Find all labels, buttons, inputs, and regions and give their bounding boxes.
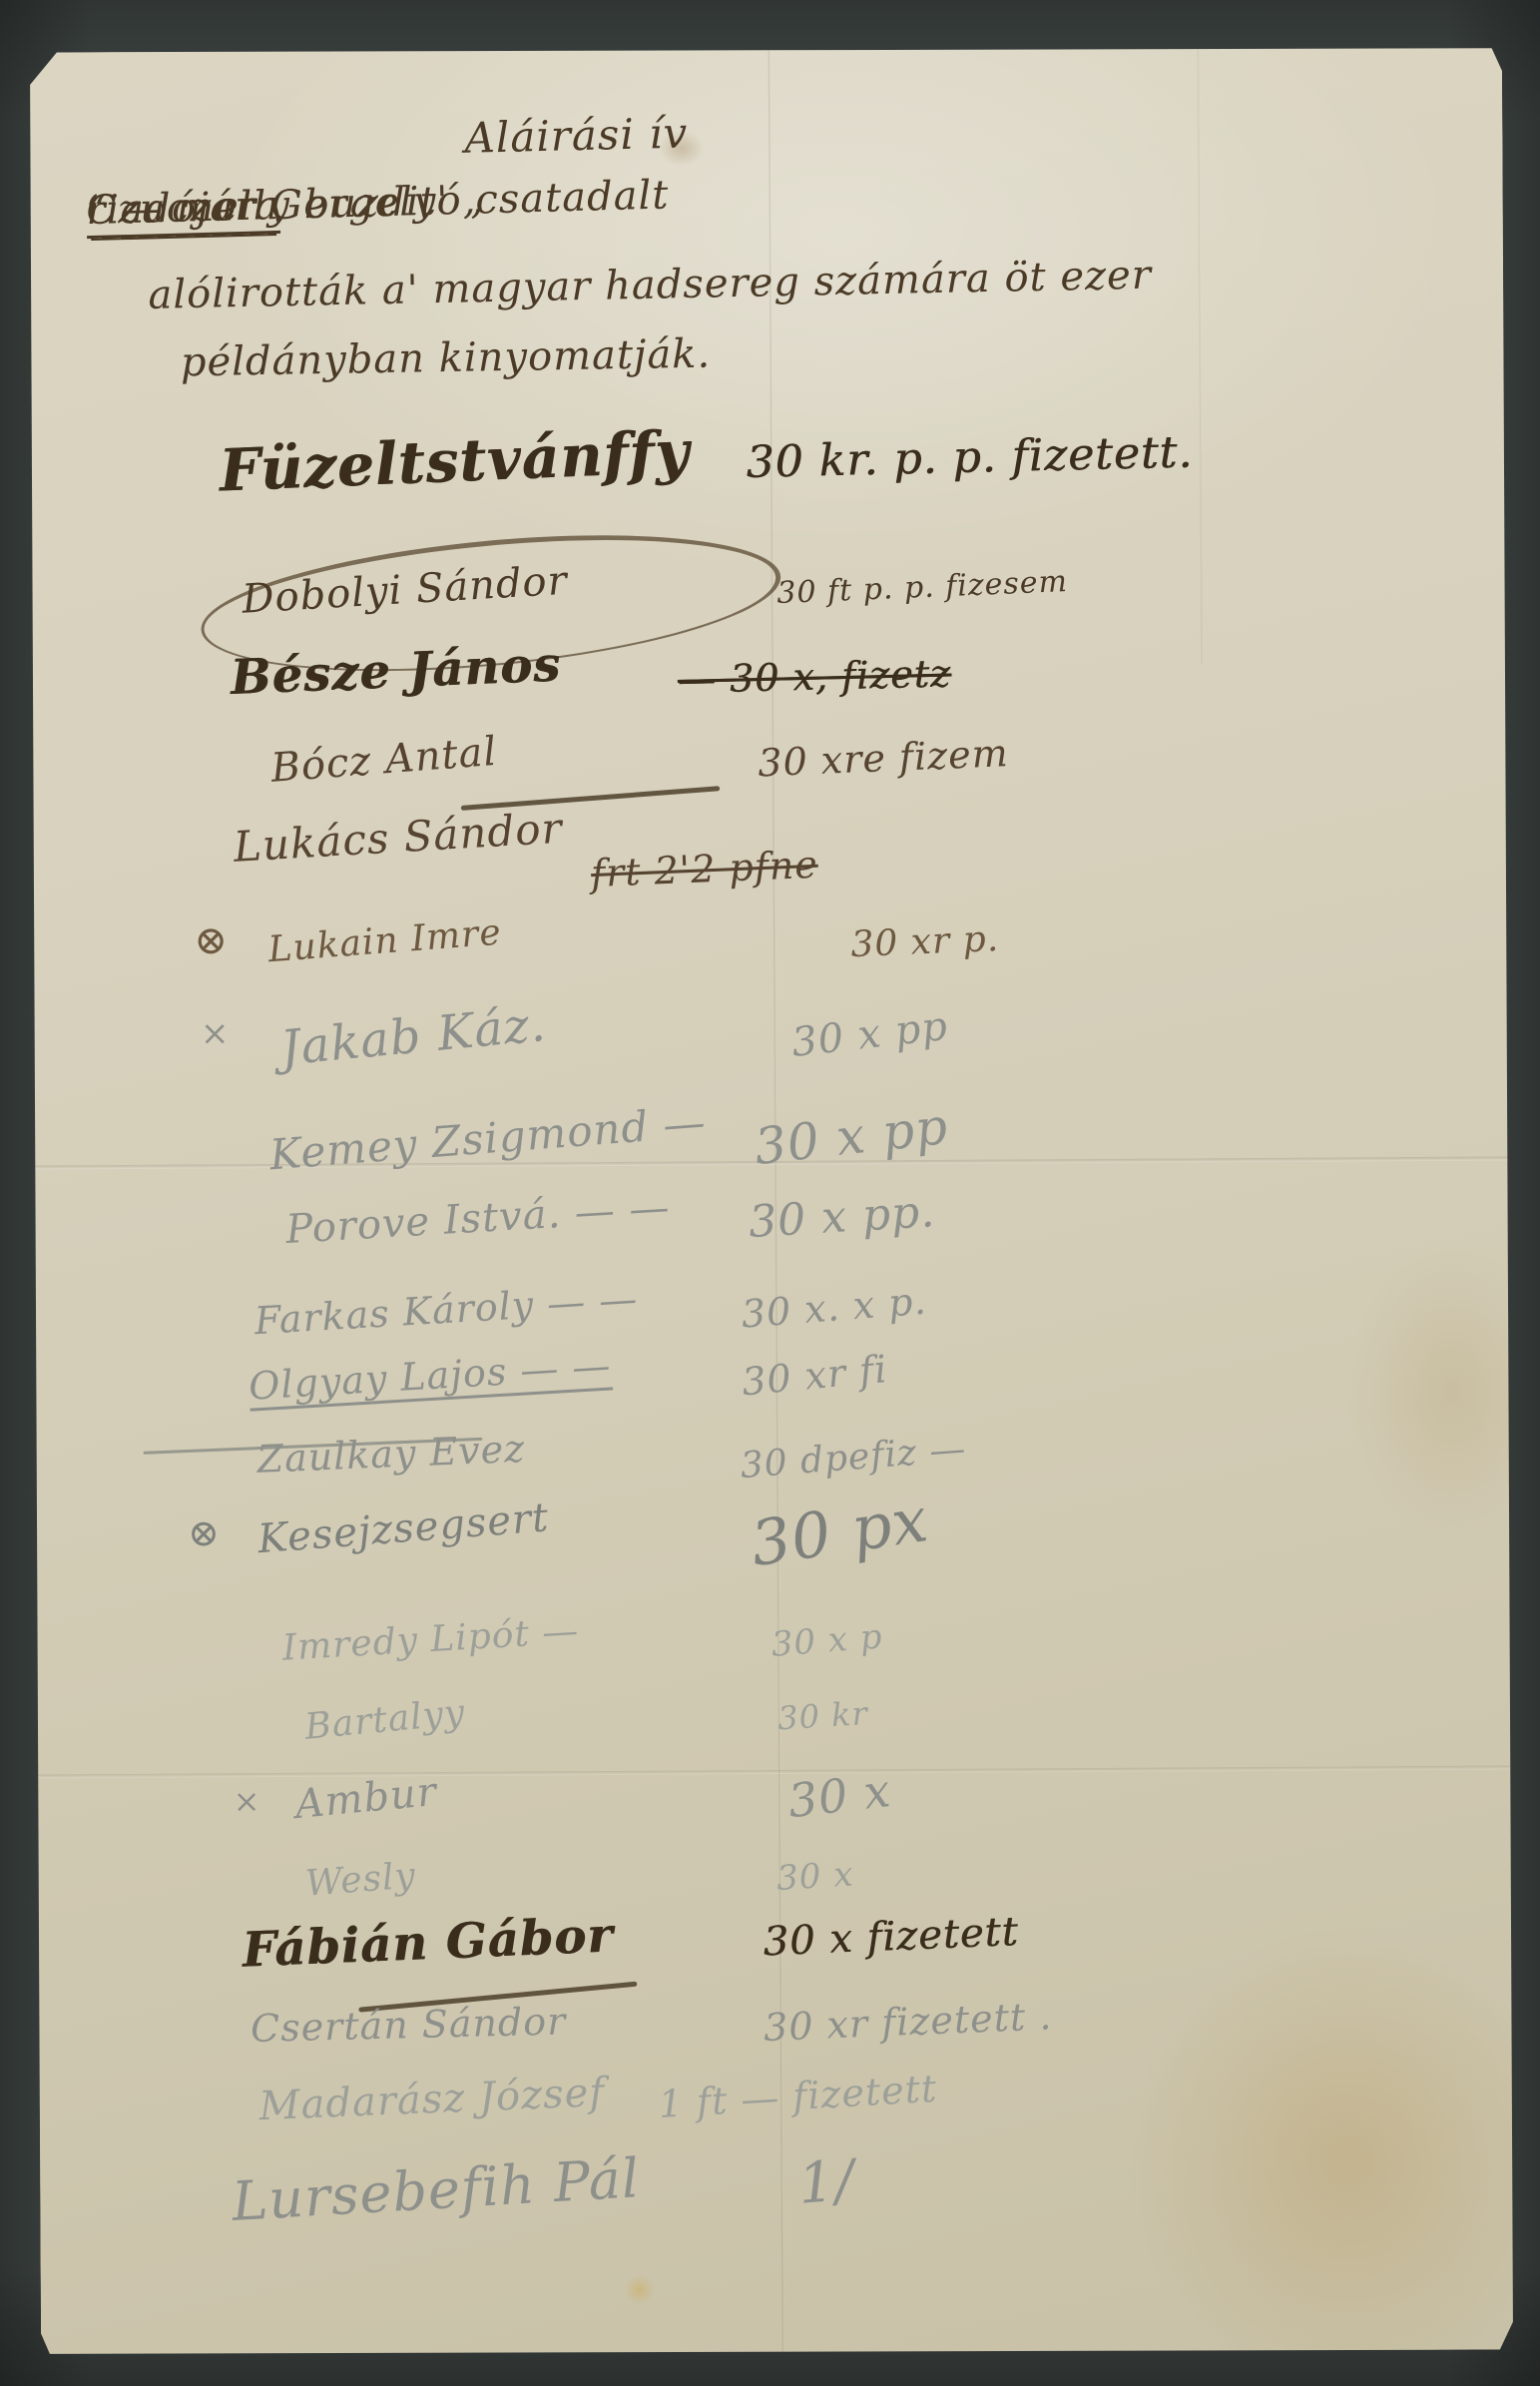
title-row: Aláirási ív: [27, 106, 1502, 115]
signature-name: Imredy Lipót —: [281, 1610, 581, 1668]
signature-row: Bartalyy 30 kr: [37, 1692, 1512, 1701]
signature-amount: 30 xr p.: [850, 918, 1000, 965]
signature-name: Olgyay Lajos — —: [248, 1344, 613, 1412]
signature-name: Madarász József: [258, 2070, 606, 2129]
signature-row: Porove Istvá. — — 30 x pp.: [34, 1189, 1509, 1198]
signature-row: Madarász József 1 ft — fizetett: [39, 2070, 1514, 2079]
signature-amount: 30 kr. p. p. fizetett.: [746, 427, 1194, 489]
signature-row: Lursebefih Pál 1/: [40, 2151, 1515, 2160]
signature-row: Bócz Antal 30 xre fizem: [31, 730, 1506, 739]
x-mark: ×: [201, 1013, 231, 1053]
intro-line-3: példányban kinyomatják.: [29, 329, 1504, 338]
signature-row: ⊗ Kesejzsegsert 30 px: [36, 1498, 1511, 1507]
signature-row: Füzeltstvánffy 30 kr. p. p. fizetett.: [29, 421, 1504, 430]
signature-name: Kesejzsegsert: [257, 1494, 551, 1562]
signature-amount: 30 x pp.: [748, 1186, 937, 1248]
signature-name: Wesly: [304, 1855, 417, 1904]
signature-row: × Jakab Káz. 30 x pp: [33, 1001, 1508, 1010]
signature-name: Porove Istvá. — —: [284, 1185, 672, 1253]
signature-name: Fábián Gábor: [242, 1908, 615, 1979]
signature-amount: 30 px: [747, 1483, 933, 1580]
signature-name: Ambur: [293, 1769, 439, 1828]
signature-name: Lursebefih Pál: [231, 2146, 642, 2233]
fold-crease-vertical-right: [1197, 45, 1204, 664]
signature-row: Lukács Sándor frt 2'2 pfne: [32, 806, 1507, 815]
circled-x-mark: ⊗: [188, 1510, 221, 1554]
signature-amount: 30 xr fi: [740, 1347, 889, 1404]
signature-name: Bésze János: [230, 637, 562, 707]
signature-row: Farkas Károly — — 30 x. x p.: [35, 1281, 1510, 1290]
signature-row: Olgyay Lajos — — 30 xr fi: [35, 1347, 1510, 1356]
intro-text: példányban kinyomatják.: [180, 331, 711, 386]
signature-amount: 30 xr fizetett .: [763, 1994, 1053, 2050]
signature-name: Zaulkay Evez: [257, 1427, 526, 1482]
signature-amount: frt 2'2 pfne: [590, 843, 818, 895]
signature-name: Füzeltstvánffy: [218, 417, 691, 504]
signature-row: Wesly 30 x: [38, 1852, 1513, 1861]
manuscript-paper-sheet: Aláirási ív Czuczor Gergely' „riadójára“…: [27, 44, 1516, 2359]
signature-amount: 30 kr: [776, 1694, 869, 1737]
signature-name: Lukács Sándor: [233, 804, 564, 872]
signature-name: Dobolyi Sándor: [241, 558, 569, 623]
signature-amount: 30 x: [785, 1763, 893, 1828]
fold-crease-horizontal-lower: [37, 1765, 1512, 1778]
signature-amount: 30 xre fizem: [757, 731, 1009, 785]
signature-row: Dobolyi Sándor 30 ft p. p. fizesem: [30, 560, 1505, 569]
signature-row: ⊗ Lukain Imre 30 xr p.: [32, 913, 1507, 922]
signature-amount: 30 ft p. p. fizesem: [776, 564, 1069, 611]
x-mark: ×: [234, 1782, 261, 1820]
signature-amount: 30 x pp: [752, 1097, 951, 1176]
signature-row: Kemey Zsigmond — 30 x pp: [33, 1107, 1508, 1116]
intro-line-2: alólirották a' magyar hadsereg számára ö…: [28, 258, 1503, 267]
signature-amount: 30 dpefiz —: [739, 1429, 967, 1487]
page-title: Aláirási ív: [464, 109, 689, 163]
signature-row: Bésze János — 30 x, fizetz: [31, 636, 1506, 645]
signature-amount: 30 x fizetett: [763, 1909, 1020, 1965]
circled-x-mark: ⊗: [194, 917, 229, 963]
signature-row: × Ambur 30 x: [38, 1768, 1513, 1777]
signature-amount: 1/: [796, 2148, 857, 2217]
signature-row: Imredy Lipót — 30 x p: [37, 1612, 1512, 1621]
signature-amount: 1 ft — fizetett: [657, 2067, 938, 2126]
signature-name: Csertán Sándor: [251, 2000, 567, 2051]
signature-amount: 30 x: [775, 1855, 854, 1899]
intro-line-1: Czuczor Gergely' „riadójára“ — melly buz…: [28, 180, 1503, 189]
signature-name: Jakab Káz.: [278, 996, 549, 1077]
signature-row: Fábián Gábor 30 x fizetett: [38, 1908, 1513, 1917]
signature-amount: — 30 x, fizetz: [677, 652, 951, 702]
signature-amount: 30 x pp: [789, 1003, 950, 1066]
intro-text: alólirották a' magyar hadsereg számára ö…: [148, 253, 1152, 318]
signature-name: Farkas Károly — —: [254, 1277, 640, 1343]
signature-name: Lukain Imre: [266, 912, 503, 971]
signature-name: Bócz Antal: [269, 729, 499, 792]
signature-name: Kemey Zsigmond —: [267, 1097, 708, 1179]
signature-row: Csertán Sándor 30 xr fizetett .: [39, 1996, 1514, 2005]
signature-amount: 30 x p: [770, 1616, 884, 1664]
intro-line1-post: “ — melly buzditó csatadalt: [86, 172, 670, 234]
signature-amount: 30 x. x p.: [740, 1279, 928, 1337]
signature-row: Zaulkay Evez 30 dpefiz —: [35, 1425, 1510, 1434]
signature-name: Bartalyy: [303, 1692, 467, 1748]
